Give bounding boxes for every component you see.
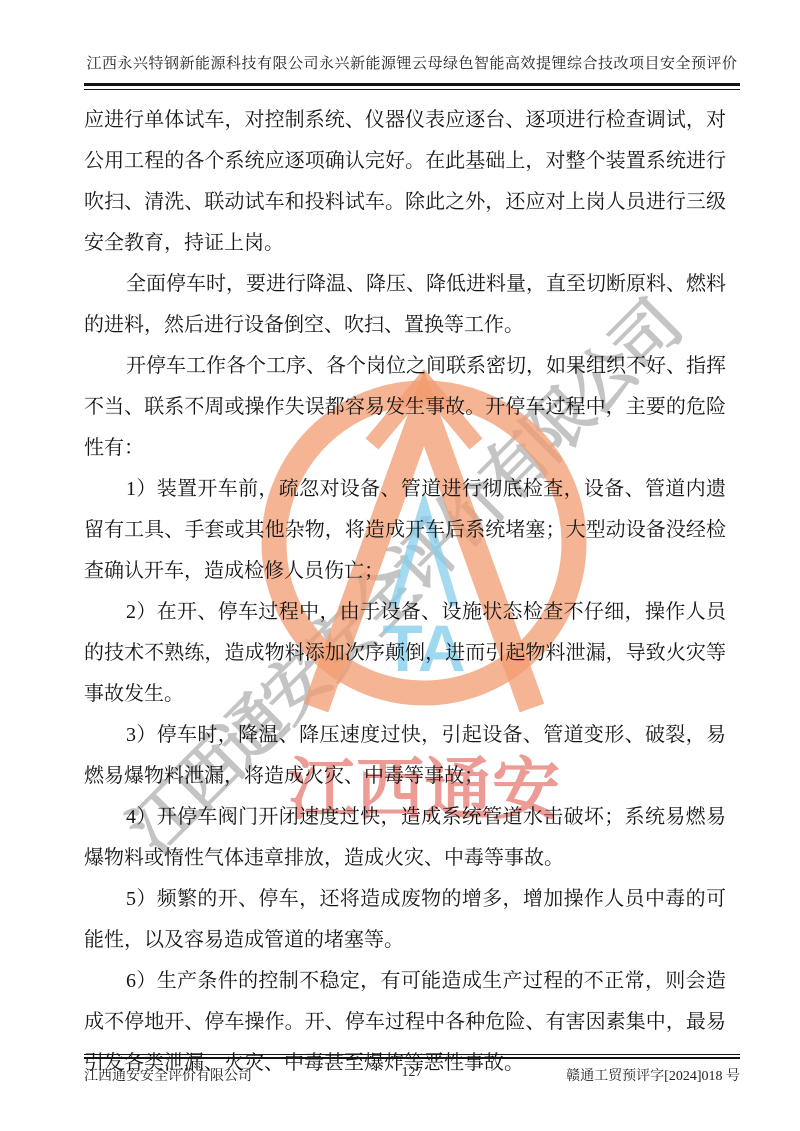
paragraph: 4）开停车阀门开闭速度过快，造成系统管道水击破坏；系统易燃易爆物料或惰性气体违章… (84, 797, 726, 879)
paragraph: 全面停车时，要进行降温、降压、降低进料量，直至切断原料、燃料的进料，然后进行设备… (84, 264, 726, 346)
page-footer: 127 江西通安安全评价有限公司 赣通工贸预评字[2024]018 号 (84, 1054, 740, 1085)
footer-company: 江西通安安全评价有限公司 (84, 1065, 252, 1085)
header-title: 江西永兴特钢新能源科技有限公司永兴新能源锂云母绿色智能高效提锂综合技改项目安全预… (84, 52, 740, 73)
paragraph: 3）停车时，降温、降压速度过快，引起设备、管道变形、破裂，易燃易爆物料泄漏，将造… (84, 715, 726, 797)
header-rule (84, 83, 740, 90)
paragraph: 2）在开、停车过程中，由于设备、设施状态检查不仔细，操作人员的技术不熟练，造成物… (84, 592, 726, 715)
paragraph: 5）频繁的开、停车，还将造成废物的增多，增加操作人员中毒的可能性，以及容易造成管… (84, 879, 726, 961)
paragraph: 开停车工作各个工序、各个岗位之间联系密切，如果组织不好、指挥不当、联系不周或操作… (84, 346, 726, 469)
footer-doc-number: 赣通工贸预评字[2024]018 号 (566, 1065, 740, 1085)
paragraph: 应进行单体试车，对控制系统、仪器仪表应逐台、逐项进行检查调试，对公用工程的各个系… (84, 100, 726, 264)
document-page: 江西通安安全评价有限公司 TA 江西通安 江西永兴特钢新能源科技有限公司永兴新能… (0, 0, 800, 1131)
body-text: 应进行单体试车，对控制系统、仪器仪表应逐台、逐项进行检查调试，对公用工程的各个系… (84, 100, 726, 1084)
paragraph: 1）装置开车前，疏忽对设备、管道进行彻底检查，设备、管道内遗留有工具、手套或其他… (84, 469, 726, 592)
page-header: 江西永兴特钢新能源科技有限公司永兴新能源锂云母绿色智能高效提锂综合技改项目安全预… (84, 52, 740, 90)
footer-rule (84, 1054, 740, 1059)
